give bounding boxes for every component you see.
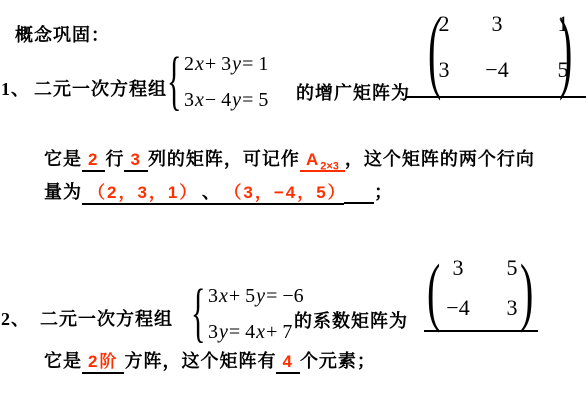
- notation-subscript: 2×3: [320, 160, 339, 172]
- matrix-cell: 3: [434, 255, 482, 281]
- equation-1: 3x + 5y = −6: [208, 283, 304, 309]
- fill-line-2: 量为（2，3，1）、（3，−4，5）；: [44, 179, 393, 207]
- problem1-equation-system: { 2x + 3y = 1 3x − 4y = 5: [167, 51, 268, 113]
- augmented-matrix: ( ) 2 3 1 3 −4 5: [406, 3, 586, 98]
- problem2-suffix: 的系数矩阵为: [294, 307, 408, 333]
- text-segment: 量为: [44, 182, 82, 202]
- matrix-cell: 5: [528, 57, 588, 83]
- matrix-row: 3 −4 5: [422, 57, 588, 83]
- worksheet-page: 概念巩固： 1、二元一次方程组 { 2x + 3y = 1 3x − 4y = …: [0, 0, 588, 399]
- text-segment: 列的矩阵，可记作: [148, 149, 300, 169]
- text-segment: 方阵，这个矩阵有: [124, 351, 276, 371]
- matrix-cell: 3: [482, 295, 542, 321]
- separator: 、: [196, 182, 227, 205]
- matrix-cell: 1: [528, 11, 588, 37]
- problem1-intro: 二元一次方程组: [34, 79, 167, 99]
- equation-column: 3x + 5y = −6 3y = 4x + 7: [208, 283, 304, 345]
- blank-extension: [344, 185, 374, 204]
- text-segment: 它是: [44, 351, 82, 371]
- matrix-cell: 3: [422, 57, 466, 83]
- matrix-row: 3 5: [434, 255, 542, 281]
- equation-column: 2x + 3y = 1 3x − 4y = 5: [184, 51, 268, 113]
- problem2-number: 2、: [1, 309, 30, 329]
- row-vector-1: （2，3，1）: [82, 183, 196, 205]
- equation-2: 3x − 4y = 5: [184, 87, 268, 113]
- matrix-cell: −4: [434, 295, 482, 321]
- matrix-cell: 5: [482, 255, 542, 281]
- text-segment: ，这个矩阵的两个行向: [345, 149, 535, 169]
- matrix-cell: −4: [466, 57, 528, 83]
- order-answer: 2阶: [82, 352, 124, 374]
- equation-2: 3y = 4x + 7: [208, 319, 304, 345]
- problem2-equation-system: { 3x + 5y = −6 3y = 4x + 7: [191, 283, 304, 345]
- problem2-label: 2、二元一次方程组: [1, 306, 173, 332]
- matrix-notation-answer: A2×3: [300, 150, 345, 172]
- text-segment: 个元素；: [300, 351, 376, 371]
- row-vector-2: （3，−4，5）: [227, 183, 344, 205]
- text-segment: ；: [374, 182, 393, 202]
- text-segment: 它是: [44, 149, 82, 169]
- problem1-label: 1、二元一次方程组: [1, 76, 167, 102]
- coefficient-matrix: ( ) 3 5 −4 3: [424, 249, 538, 332]
- rows-answer: 2: [82, 150, 105, 172]
- count-answer: 4: [276, 352, 299, 374]
- fill-line-3: 它是2阶方阵，这个矩阵有4个元素；: [44, 348, 376, 376]
- matrix-row: 2 3 1: [422, 11, 588, 37]
- cols-answer: 3: [124, 150, 147, 172]
- equation-1: 2x + 3y = 1: [184, 51, 268, 77]
- notation-base: A: [306, 150, 320, 169]
- problem1-number: 1、: [1, 79, 30, 99]
- left-brace: {: [167, 49, 180, 115]
- matrix-cell: 3: [466, 11, 528, 37]
- section-title: 概念巩固：: [15, 21, 110, 47]
- problem1-suffix: 的增广矩阵为: [296, 79, 410, 105]
- problem2-intro: 二元一次方程组: [40, 309, 173, 329]
- left-brace: {: [191, 281, 204, 347]
- text-segment: 行: [105, 149, 124, 169]
- matrix-cell: 2: [422, 11, 466, 37]
- fill-line-1: 它是2行3列的矩阵，可记作A2×3，这个矩阵的两个行向: [44, 146, 535, 179]
- matrix-row: −4 3: [434, 295, 542, 321]
